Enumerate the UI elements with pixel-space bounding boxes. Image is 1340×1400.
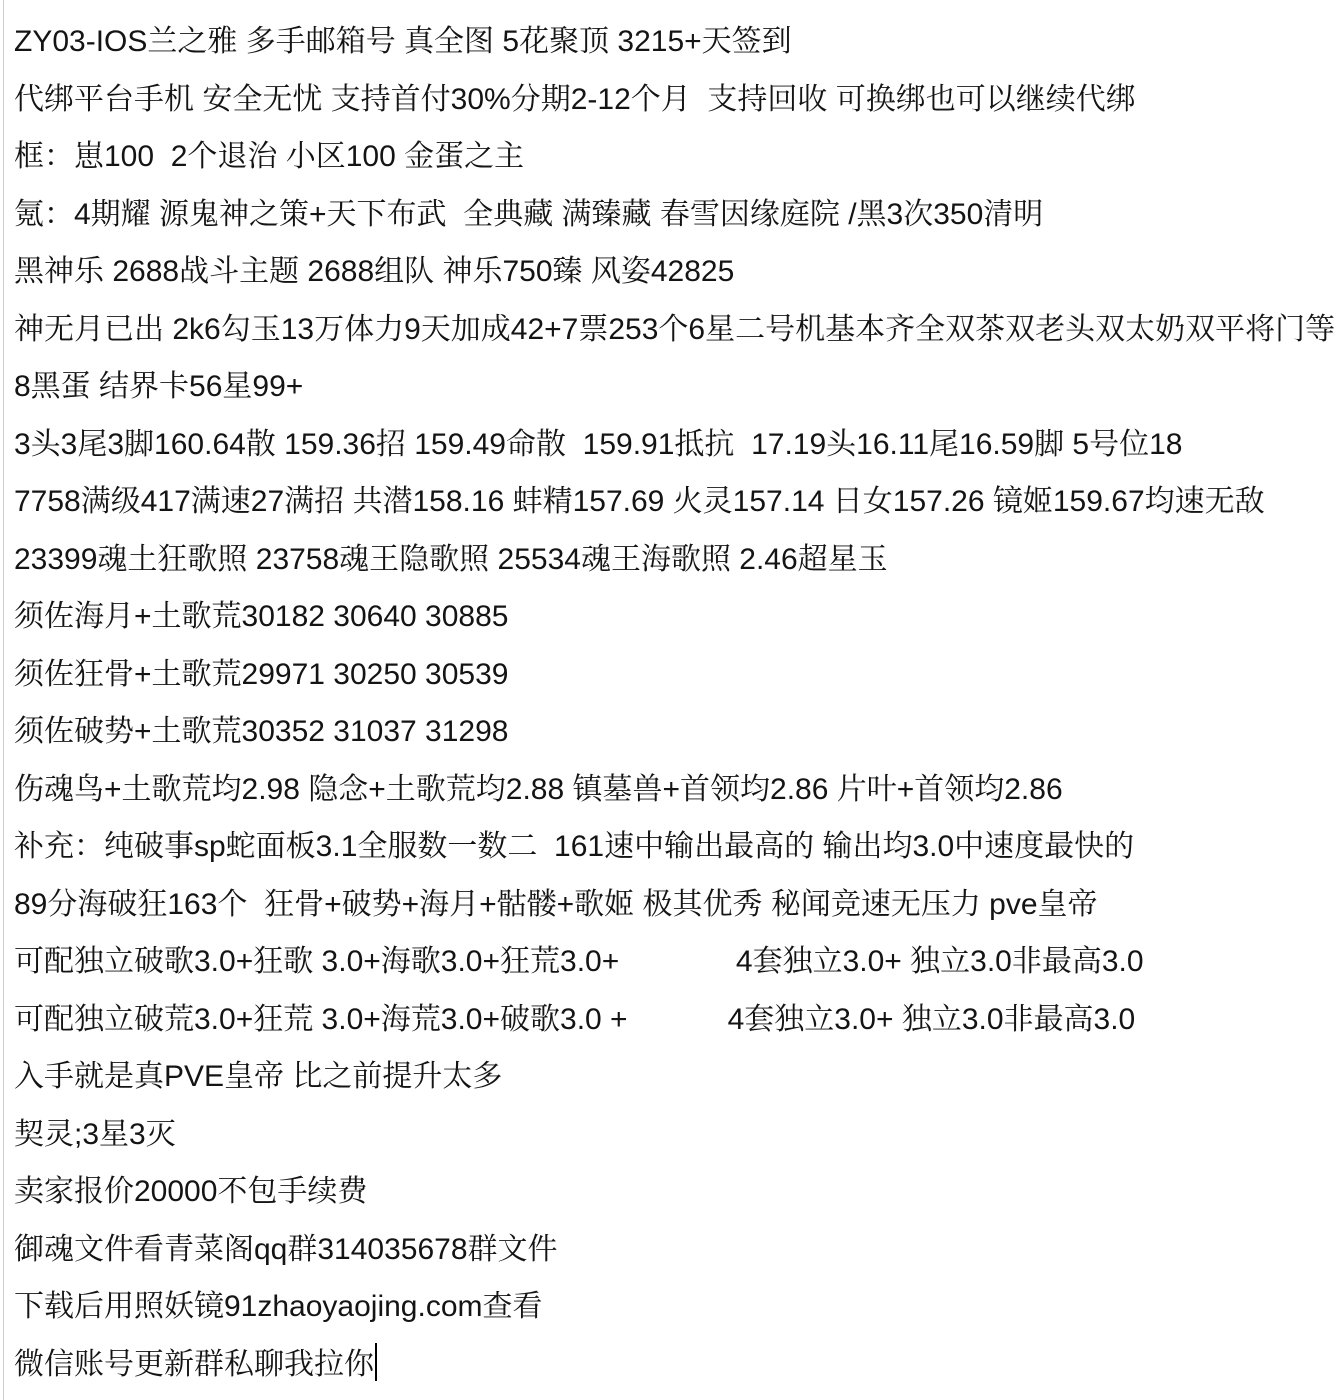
text-line: 下载后用照妖镜91zhaoyaojing.com查看 (14, 1278, 1340, 1336)
left-border-line (3, 0, 4, 1400)
text-line: 可配独立破荒3.0+狂荒 3.0+海荒3.0+破歌3.0 + 4套独立3.0+ … (14, 991, 1340, 1049)
text-line: 神无月已出 2k6勾玉13万体力9天加成42+7票253个6星二号机基本齐全双茶… (14, 301, 1340, 359)
text-line-content: 伤魂鸟+土歌荒均2.98 隐念+土歌荒均2.88 镇墓兽+首领均2.86 片叶+… (14, 773, 1063, 806)
text-line-content: 契灵;3星3灭 (14, 1118, 176, 1151)
text-line-content: 8黑蛋 结界卡56星99+ (14, 370, 303, 403)
text-line-content: 23399魂土狂歌照 23758魂王隐歌照 25534魂王海歌照 2.46超星玉 (14, 543, 888, 576)
text-cursor (375, 1343, 377, 1381)
text-line-content: 89分海破狂163个 狂骨+破势+海月+骷髅+歌姬 极其优秀 秘闻竞速无压力 p… (14, 888, 1098, 921)
text-line-content: 入手就是真PVE皇帝 比之前提升太多 (14, 1060, 502, 1093)
text-line: 23399魂土狂歌照 23758魂王隐歌照 25534魂王海歌照 2.46超星玉 (14, 531, 1340, 589)
text-line: 7758满级417满速27满招 共潜158.16 蚌精157.69 火灵157.… (14, 473, 1340, 531)
text-line-content: 卖家报价20000不包手续费 (14, 1175, 367, 1208)
text-line: 89分海破狂163个 狂骨+破势+海月+骷髅+歌姬 极其优秀 秘闻竞速无压力 p… (14, 876, 1340, 934)
text-line-content: 7758满级417满速27满招 共潜158.16 蚌精157.69 火灵157.… (14, 485, 1265, 518)
text-line-content: 须佐破势+土歌荒30352 31037 31298 (14, 715, 508, 748)
text-line-content: 可配独立破歌3.0+狂歌 3.0+海歌3.0+狂荒3.0+ 4套独立3.0+ 独… (14, 945, 1144, 978)
text-line-content: 须佐海月+土歌荒30182 30640 30885 (14, 600, 508, 633)
text-line: ZY03-IOS兰之雅 多手邮箱号 真全图 5花聚顶 3215+天签到 (14, 13, 1340, 71)
document-text-area[interactable]: ZY03-IOS兰之雅 多手邮箱号 真全图 5花聚顶 3215+天签到代绑平台手… (14, 13, 1340, 1393)
text-line: 契灵;3星3灭 (14, 1106, 1340, 1164)
text-line-content: 3头3尾3脚160.64散 159.36招 159.49命散 159.91抵抗 … (14, 428, 1182, 461)
text-line-content: 下载后用照妖镜91zhaoyaojing.com查看 (14, 1290, 543, 1323)
text-line: 须佐海月+土歌荒30182 30640 30885 (14, 588, 1340, 646)
text-line: 氪：4期耀 源鬼神之策+天下布武 全典藏 满臻藏 春雪因缘庭院 /黑3次350清… (14, 186, 1340, 244)
text-line-content: 神无月已出 2k6勾玉13万体力9天加成42+7票253个6星二号机基本齐全双茶… (14, 313, 1335, 346)
text-line-content: ZY03-IOS兰之雅 多手邮箱号 真全图 5花聚顶 3215+天签到 (14, 25, 792, 58)
text-line-content: 黑神乐 2688战斗主题 2688组队 神乐750臻 风姿42825 (14, 255, 734, 288)
text-line-content: 可配独立破荒3.0+狂荒 3.0+海荒3.0+破歌3.0 + 4套独立3.0+ … (14, 1003, 1135, 1036)
text-line-content: 氪：4期耀 源鬼神之策+天下布武 全典藏 满臻藏 春雪因缘庭院 /黑3次350清… (14, 198, 1043, 231)
text-line: 8黑蛋 结界卡56星99+ (14, 358, 1340, 416)
text-line-content: 代绑平台手机 安全无忧 支持首付30%分期2-12个月 支持回收 可换绑也可以继… (14, 83, 1136, 116)
text-line-content: 微信账号更新群私聊我拉你 (14, 1348, 374, 1381)
text-line-content: 御魂文件看青菜阁qq群314035678群文件 (14, 1233, 558, 1266)
text-line: 入手就是真PVE皇帝 比之前提升太多 (14, 1048, 1340, 1106)
text-line: 须佐狂骨+土歌荒29971 30250 30539 (14, 646, 1340, 704)
text-line: 框：崽100 2个退治 小区100 金蛋之主 (14, 128, 1340, 186)
text-line: 可配独立破歌3.0+狂歌 3.0+海歌3.0+狂荒3.0+ 4套独立3.0+ 独… (14, 933, 1340, 991)
text-line: 3头3尾3脚160.64散 159.36招 159.49命散 159.91抵抗 … (14, 416, 1340, 474)
text-line: 卖家报价20000不包手续费 (14, 1163, 1340, 1221)
text-line: 须佐破势+土歌荒30352 31037 31298 (14, 703, 1340, 761)
text-line: 补充：纯破事sp蛇面板3.1全服数一数二 161速中输出最高的 输出均3.0中速… (14, 818, 1340, 876)
text-line-content: 须佐狂骨+土歌荒29971 30250 30539 (14, 658, 508, 691)
text-line-content: 补充：纯破事sp蛇面板3.1全服数一数二 161速中输出最高的 输出均3.0中速… (14, 830, 1134, 863)
text-line: 御魂文件看青菜阁qq群314035678群文件 (14, 1221, 1340, 1279)
text-line: 代绑平台手机 安全无忧 支持首付30%分期2-12个月 支持回收 可换绑也可以继… (14, 71, 1340, 129)
text-line: 伤魂鸟+土歌荒均2.98 隐念+土歌荒均2.88 镇墓兽+首领均2.86 片叶+… (14, 761, 1340, 819)
text-line: 微信账号更新群私聊我拉你 (14, 1336, 1340, 1394)
text-line: 黑神乐 2688战斗主题 2688组队 神乐750臻 风姿42825 (14, 243, 1340, 301)
text-line-content: 框：崽100 2个退治 小区100 金蛋之主 (14, 140, 524, 173)
